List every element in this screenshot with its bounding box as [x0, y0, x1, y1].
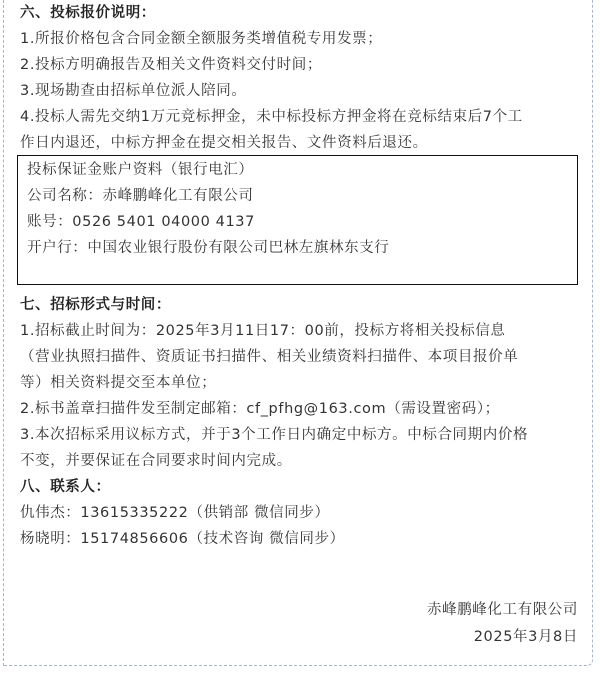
section-6-item: 2.投标方明确报告及相关文件资料交付时间； [20, 52, 580, 78]
section-7-item: （营业执照扫描件、资质证书扫描件、相关业绩资料扫描件、本项目报价单 [20, 344, 590, 370]
bank-account-number: 账号：0526 5401 04000 4137 [27, 209, 577, 235]
section-7-email-item: 2.标书盖章扫描件发至制定邮箱：cf_pfhg@163.com（需设置密码）； [20, 396, 590, 422]
section-6-heading: 六、投标报价说明： [20, 0, 580, 26]
contact-item: 仇伟杰：13615335222（供销部 微信同步） [20, 500, 590, 526]
signature-company: 赤峰鹏峰化工有限公司 [427, 597, 578, 624]
section-6: 六、投标报价说明： 1.所报价格包含合同金额全额服务类增值税专用发票； 2.投标… [20, 0, 580, 156]
section-7-heading: 七、招标形式与时间： [20, 292, 590, 318]
bank-account-box: 投标保证金账户资料（银行电汇） 公司名称：赤峰鹏峰化工有限公司 账号：0526 … [17, 155, 578, 285]
section-7-and-8: 七、招标形式与时间： 1.招标截止时间为：2025年3月11日17：00前，投标… [20, 292, 590, 552]
signature-block: 赤峰鹏峰化工有限公司 2025年3月8日 [427, 597, 578, 651]
section-6-item: 4.投标人需先交纳1万元竞标押金，未中标投标方押金将在竞标结束后7个工 [20, 104, 580, 130]
bank-branch: 开户行：中国农业银行股份有限公司巴林左旗林东支行 [27, 235, 577, 261]
section-7-item: 1.招标截止时间为：2025年3月11日17：00前，投标方将相关投标信息 [20, 318, 590, 344]
section-6-item: 1.所报价格包含合同金额全额服务类增值税专用发票； [20, 26, 580, 52]
section-7-item: 3.本次招标采用议标方式，并于3个工作日内确定中标方。中标合同期内价格 [20, 422, 590, 448]
section-7-item: 不变，并要保证在合同要求时间内完成。 [20, 448, 590, 474]
section-7-item: 等）相关资料提交至本单位； [20, 370, 590, 396]
section-6-item: 3.现场勘查由招标单位派人陪同。 [20, 78, 580, 104]
section-8-heading: 八、联系人： [20, 474, 590, 500]
bank-box-title: 投标保证金账户资料（银行电汇） [27, 157, 577, 183]
contact-item: 杨晓明：15174856606（技术咨询 微信同步） [20, 526, 590, 552]
section-6-item: 作日内退还，中标方押金在提交相关报告、文件资料后退还。 [20, 130, 580, 156]
signature-date: 2025年3月8日 [427, 624, 578, 651]
bank-company-name: 公司名称：赤峰鹏峰化工有限公司 [27, 183, 577, 209]
